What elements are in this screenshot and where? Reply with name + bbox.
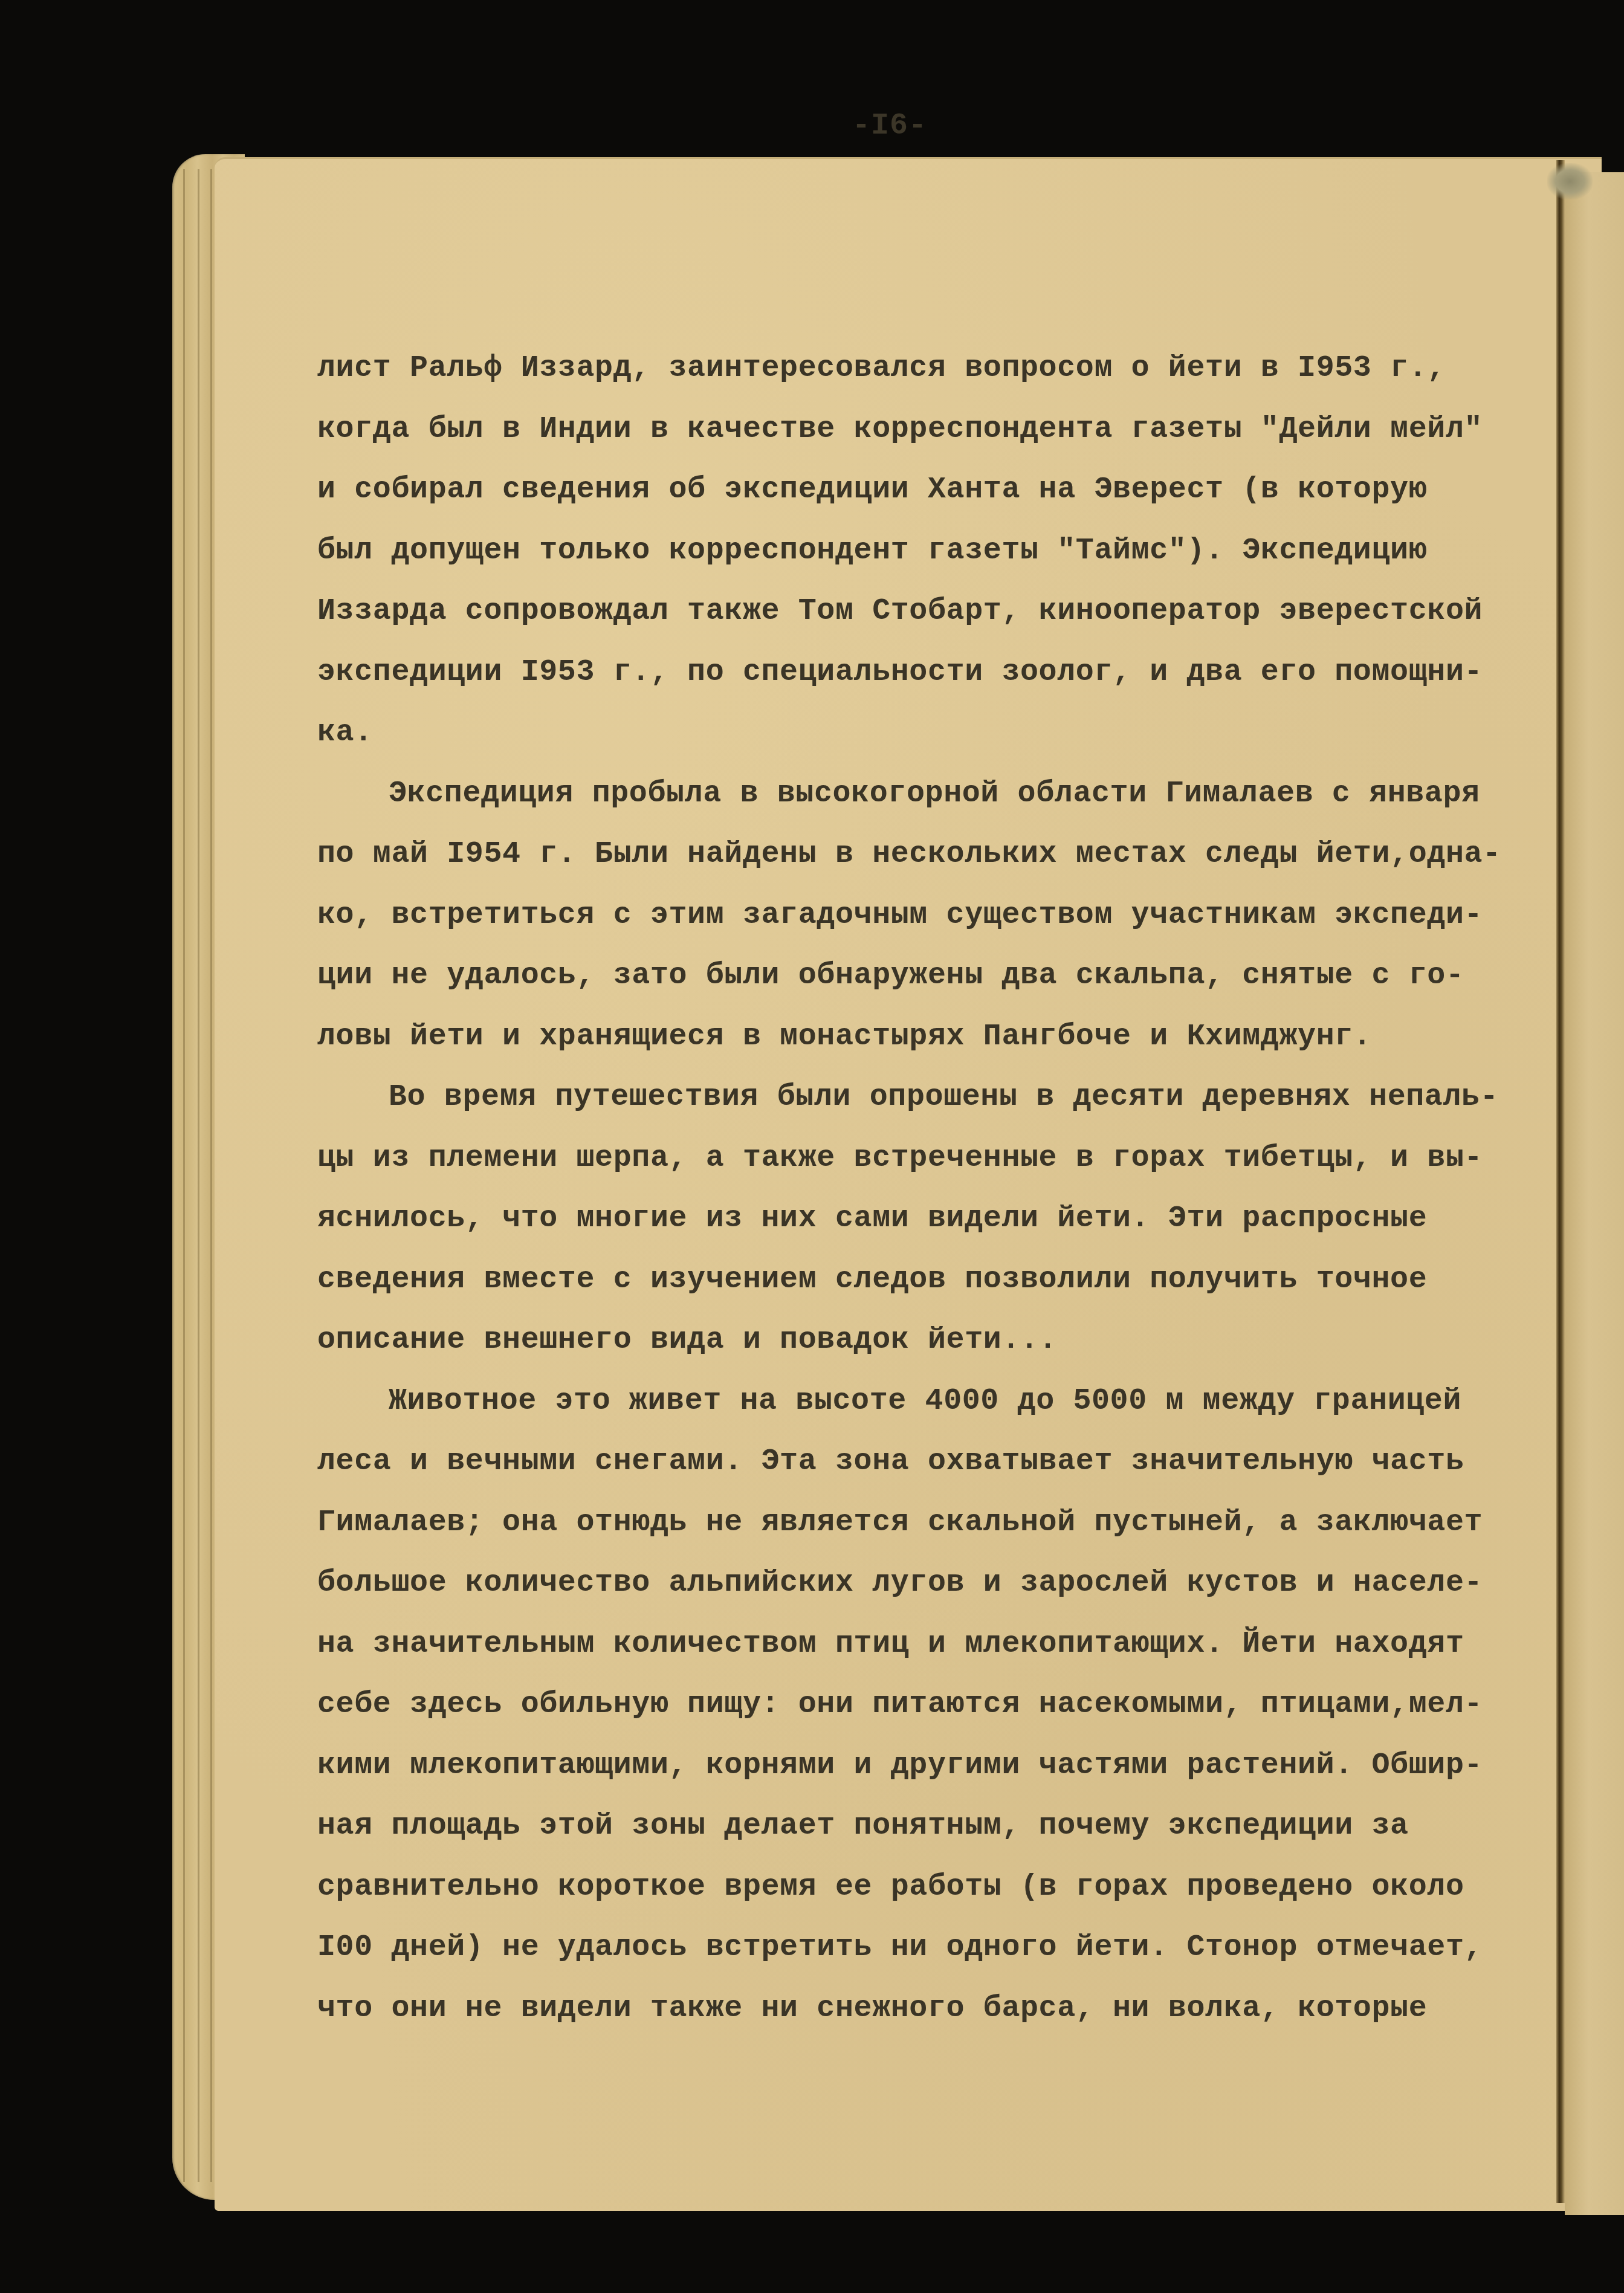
text-line: когда был в Индии в качестве корреспонде… [317,399,1556,461]
text-line: Гималаев; она отнюдь не является скально… [317,1493,1556,1554]
text-line: на значительным количеством птиц и млеко… [317,1614,1556,1675]
text-line: большое количество альпийских лугов и за… [317,1553,1556,1614]
page-edge-line [198,169,199,2182]
text-line: экспедиции I953 г., по специальности зоо… [317,642,1556,703]
text-line: ко, встретиться с этим загадочным сущест… [317,885,1556,946]
text-line: кими млекопитающими, корнями и другими ч… [317,1736,1556,1797]
book-gutter [1556,160,1565,2203]
text-line: сведения вместе с изучением следов позво… [317,1250,1556,1311]
text-line: себе здесь обильную пищу: они питаются н… [317,1675,1556,1736]
text-line: сравнительно короткое время ее работы (в… [317,1857,1556,1918]
page-edge-line [183,169,185,2182]
binding-thread-tear [1547,163,1593,199]
text-line: I00 дней) не удалось встретить ни одного… [317,1918,1556,1979]
paragraph-start-line: Экспедиция пробыла в высокогорной област… [317,764,1556,825]
text-line: ловы йети и хранящиеся в монастырях Панг… [317,1007,1556,1068]
text-line: что они не видели также ни снежного барс… [317,1979,1556,2040]
text-line: описание внешнего вида и повадок йети... [317,1310,1556,1371]
paragraph-start-line: Животное это живет на высоте 4000 до 500… [317,1371,1556,1432]
text-line: ная площадь этой зоны делает понятным, п… [317,1796,1556,1857]
page-number: -I6- [852,109,927,143]
text-line: леса и вечными снегами. Эта зона охватыв… [317,1432,1556,1493]
text-line: Иззарда сопровождал также Том Стобарт, к… [317,581,1556,642]
text-line: по май I954 г. Были найдены в нескольких… [317,824,1556,885]
page-edge-line [210,169,212,2182]
opposite-page-edge [1565,172,1624,2215]
text-line: и собирал сведения об экспедиции Ханта н… [317,460,1556,521]
text-line: лист Ральф Иззард, заинтересовался вопро… [317,338,1556,399]
text-line: ка. [317,703,1556,764]
body-text: лист Ральф Иззард, заинтересовался вопро… [317,338,1556,2039]
paragraph-start-line: Во время путешествия были опрошены в дес… [317,1067,1556,1128]
text-line: ции не удалось, зато были обнаружены два… [317,946,1556,1007]
text-line: цы из племени шерпа, а также встреченные… [317,1128,1556,1189]
text-line: яснилось, что многие из них сами видели … [317,1189,1556,1250]
text-line: был допущен только корреспондент газеты … [317,521,1556,582]
